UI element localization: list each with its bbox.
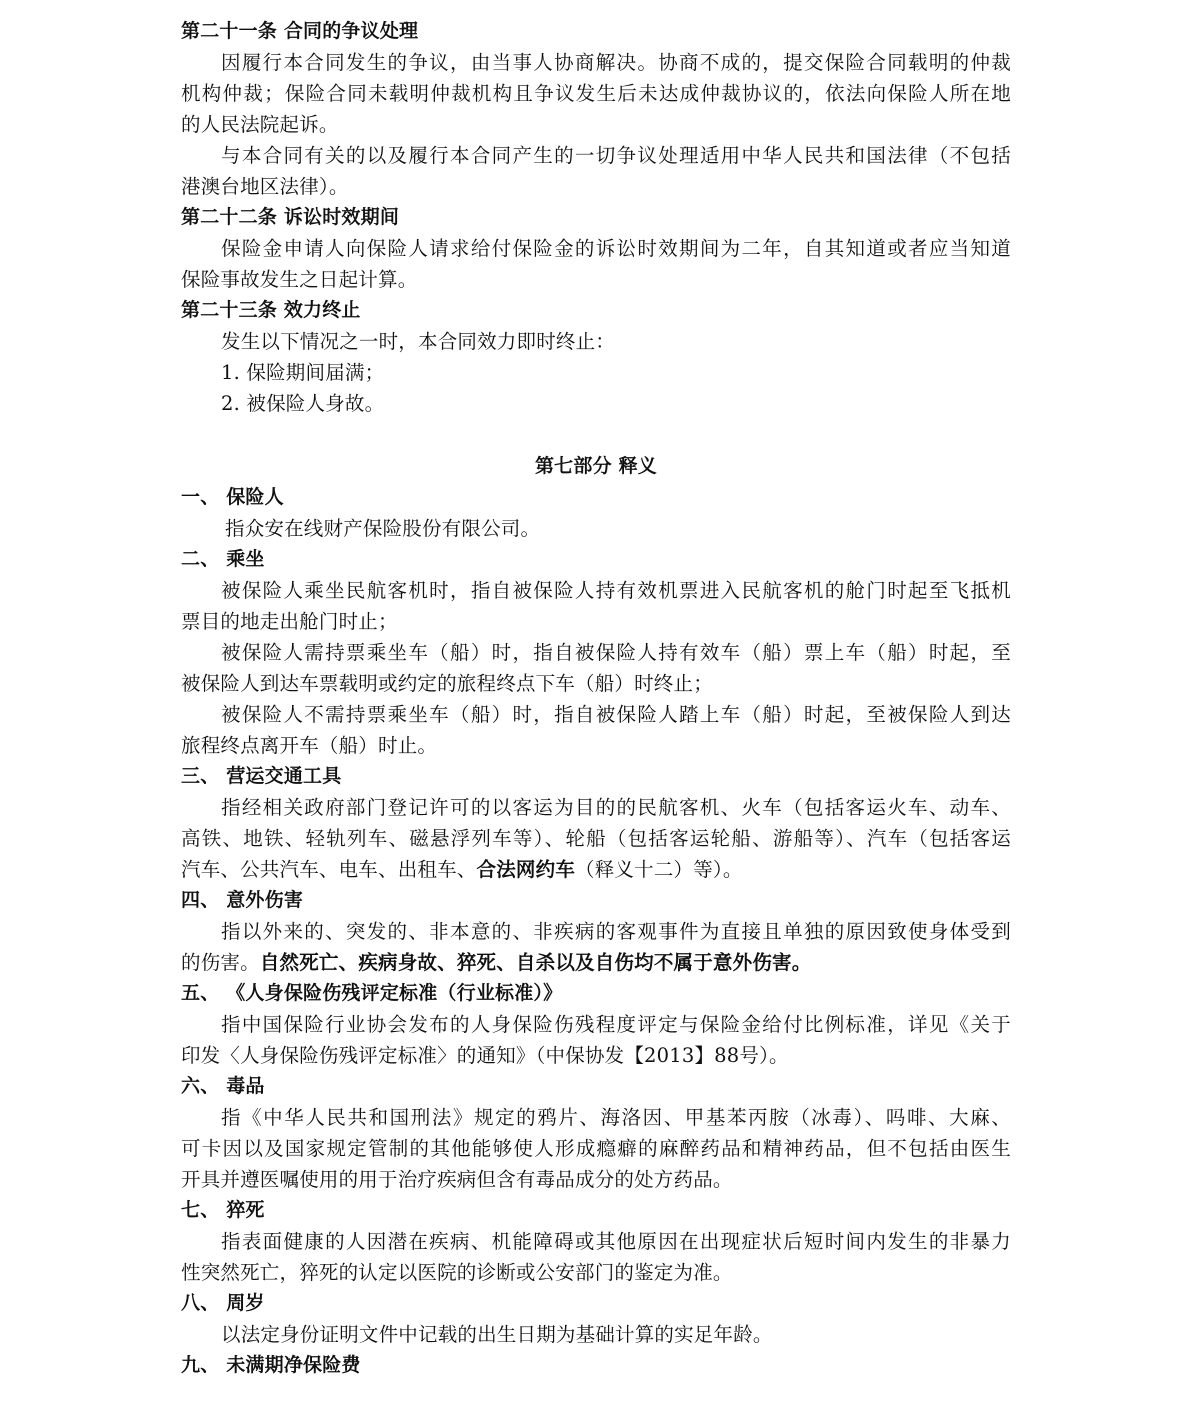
definition-3-title: 三、 营运交通工具 [181, 761, 1011, 792]
definition-3-text: 指经相关政府部门登记许可的以客运为目的的民航客机、火车（包括客运火车、动车、 [181, 792, 1011, 823]
definition-1-title: 一、 保险人 [181, 482, 1011, 513]
article-21-title: 第二十一条 合同的争议处理 [181, 16, 1011, 47]
document-page: 第二十一条 合同的争议处理 因履行本合同发生的争议，由当事人协商解决。协商不成的… [181, 16, 1011, 1381]
spacer [181, 419, 1011, 451]
definition-5-text: 印发〈人身保险伤残评定标准〉的通知》（中保协发【2013】88号）。 [181, 1040, 1011, 1071]
definition-6-title: 六、 毒品 [181, 1071, 1011, 1102]
definition-8-text: 以法定身份证明文件中记载的出生日期为基础计算的实足年龄。 [181, 1319, 1011, 1350]
definition-5-text: 指中国保险行业协会发布的人身保险伤残程度评定与保险金给付比例标准，详见《关于 [181, 1009, 1011, 1040]
definition-6-text: 开具并遵医嘱使用的用于治疗疾病但含有毒品成分的处方药品。 [181, 1164, 1011, 1195]
definition-2-title: 二、 乘坐 [181, 544, 1011, 575]
definition-6-text: 可卡因以及国家规定管制的其他能够使人形成瘾癖的麻醉药品和精神药品，但不包括由医生 [181, 1133, 1011, 1164]
article-21-text: 因履行本合同发生的争议，由当事人协商解决。协商不成的，提交保险合同载明的仲裁 [181, 47, 1011, 78]
definition-2-text: 票目的地走出舱门时止； [181, 606, 1011, 637]
article-23-title: 第二十三条 效力终止 [181, 295, 1011, 326]
article-23-list-item: 1. 保险期间届满； [181, 357, 1011, 388]
definition-2-text: 被保险人乘坐民航客机时，指自被保险人持有效机票进入民航客机的舱门时起至飞抵机 [181, 575, 1011, 606]
definition-9-title: 九、 未满期净保险费 [181, 1350, 1011, 1381]
definition-2-text: 被保险人不需持票乘坐车（船）时，指自被保险人踏上车（船）时起，至被保险人到达 [181, 699, 1011, 730]
definition-4-text: 的伤害。自然死亡、疾病身故、猝死、自杀以及自伤均不属于意外伤害。 [181, 947, 1011, 978]
definition-5-title: 五、 《人身保险伤残评定标准（行业标准）》 [181, 978, 1011, 1009]
article-23-list-item: 2. 被保险人身故。 [181, 388, 1011, 419]
definition-3-text: 汽车、公共汽车、电车、出租车、合法网约车（释义十二）等）。 [181, 854, 1011, 885]
article-21-text: 机构仲裁；保险合同未载明仲裁机构且争议发生后未达成仲裁协议的，依法向保险人所在地 [181, 78, 1011, 109]
article-22-title: 第二十二条 诉讼时效期间 [181, 202, 1011, 233]
part-title: 第七部分 释义 [181, 451, 1011, 482]
emphasis-text: 自然死亡、疾病身故、猝死、自杀以及自伤均不属于意外伤害。 [260, 951, 812, 974]
definition-1-text: 指众安在线财产保险股份有限公司。 [181, 513, 1011, 544]
article-21-text: 与本合同有关的以及履行本合同产生的一切争议处理适用中华人民共和国法律（不包括 [181, 140, 1011, 171]
definition-8-title: 八、 周岁 [181, 1288, 1011, 1319]
article-21-text: 的人民法院起诉。 [181, 109, 1011, 140]
definition-6-text: 指《中华人民共和国刑法》规定的鸦片、海洛因、甲基苯丙胺（冰毒）、吗啡、大麻、 [181, 1102, 1011, 1133]
definition-3-text: 高铁、地铁、轻轨列车、磁悬浮列车等）、轮船（包括客运轮船、游船等）、汽车（包括客… [181, 823, 1011, 854]
definition-7-title: 七、 猝死 [181, 1195, 1011, 1226]
definition-2-text: 旅程终点离开车（船）时止。 [181, 730, 1011, 761]
definition-4-text: 指以外来的、突发的、非本意的、非疾病的客观事件为直接且单独的原因致使身体受到 [181, 916, 1011, 947]
definition-2-text: 被保险人到达车票载明或约定的旅程终点下车（船）时终止； [181, 668, 1011, 699]
definition-4-title: 四、 意外伤害 [181, 885, 1011, 916]
article-23-text: 发生以下情况之一时，本合同效力即时终止： [181, 326, 1011, 357]
article-22-text: 保险事故发生之日起计算。 [181, 264, 1011, 295]
emphasis-text: 合法网约车 [477, 858, 576, 881]
definition-7-text: 性突然死亡，猝死的认定以医院的诊断或公安部门的鉴定为准。 [181, 1257, 1011, 1288]
definition-7-text: 指表面健康的人因潜在疾病、机能障碍或其他原因在出现症状后短时间内发生的非暴力 [181, 1226, 1011, 1257]
article-21-text: 港澳台地区法律）。 [181, 171, 1011, 202]
definition-2-text: 被保险人需持票乘坐车（船）时，指自被保险人持有效车（船）票上车（船）时起，至 [181, 637, 1011, 668]
article-22-text: 保险金申请人向保险人请求给付保险金的诉讼时效期间为二年，自其知道或者应当知道 [181, 233, 1011, 264]
